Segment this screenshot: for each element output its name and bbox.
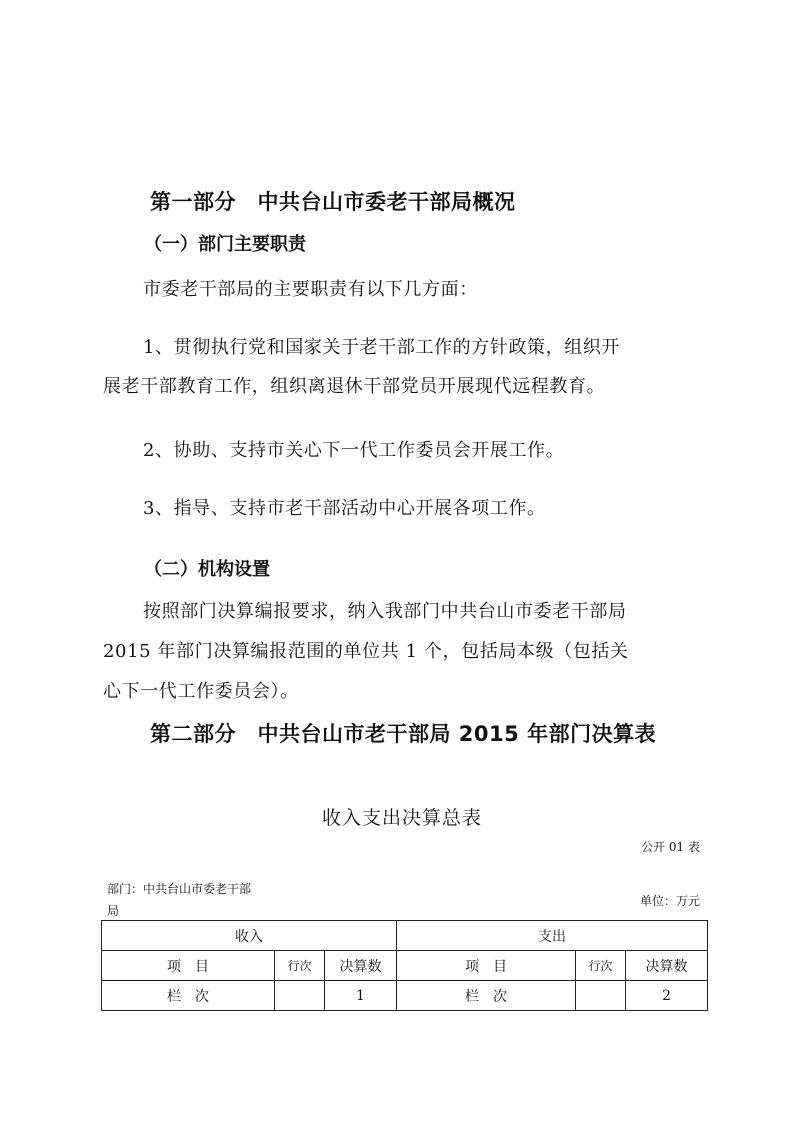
income-column-number: 1 [325,981,397,1011]
income-row-no-header: 行次 [275,951,325,981]
table-column-number-row: 栏 次 1 栏 次 2 [102,981,708,1011]
department-label-line1: 部门：中共台山市委老干部 [107,880,251,897]
expense-header: 支出 [397,921,708,951]
table-title: 收入支出决算总表 [290,803,514,830]
expense-row-no-cell [576,981,626,1011]
org-setup-line2: 2015 年部门决算编报范围的单位共 1 个，包括局本级（包括关 [103,637,629,663]
expense-row-no-header: 行次 [576,951,626,981]
income-column-label: 栏 次 [102,981,275,1011]
section1-intro: 市委老干部局的主要职责有以下几方面： [143,275,478,301]
table-column-header-row: 项 目 行次 决算数 项 目 行次 决算数 [102,951,708,981]
income-expense-summary-table: 收入 支出 项 目 行次 决算数 项 目 行次 决算数 栏 次 1 栏 次 2 [101,920,708,1011]
duty-item-2: 2、协助、支持市关心下一代工作委员会开展工作。 [143,436,564,462]
expense-amount-header: 决算数 [626,951,708,981]
duty-item-1-line2: 展老干部教育工作，组织离退休干部党员开展现代远程教育。 [103,372,605,398]
org-setup-line3: 心下一代工作委员会）。 [103,677,299,703]
part1-title: 第一部分 中共台山市委老干部局概况 [150,186,516,216]
expense-column-label: 栏 次 [397,981,576,1011]
income-header: 收入 [102,921,397,951]
duty-item-1-line1: 1、贯彻执行党和国家关于老干部工作的方针政策，组织开 [143,333,620,359]
unit-label: 单位：万元 [640,892,700,909]
section1-heading: （一）部门主要职责 [144,230,306,256]
part2-title: 第二部分 中共台山市老干部局 2015 年部门决算表 [150,718,656,748]
org-setup-line1: 按照部门决算编报要求，纳入我部门中共台山市委老干部局 [143,597,627,623]
income-item-header: 项 目 [102,951,275,981]
department-label-line2: 局 [107,902,119,919]
section2-heading: （二）机构设置 [144,555,270,581]
expense-column-number: 2 [626,981,708,1011]
expense-item-header: 项 目 [397,951,576,981]
duty-item-3: 3、指导、支持市老干部活动中心开展各项工作。 [143,494,546,520]
table-group-header-row: 收入 支出 [102,921,708,951]
table-code: 公开 01 表 [641,838,700,855]
income-row-no-cell [275,981,325,1011]
income-amount-header: 决算数 [325,951,397,981]
